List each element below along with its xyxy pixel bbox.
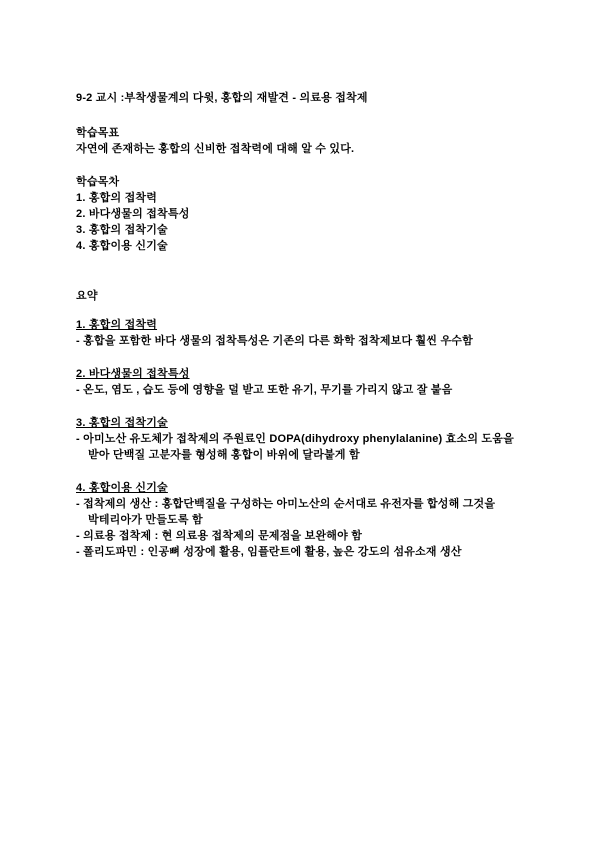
document-content: 9-2 교시 :부착생물계의 다윗, 홍합의 재발견 - 의료용 접착제 학습목…	[76, 90, 539, 560]
summary-section-4-heading: 4. 홍합이용 신기술	[76, 480, 539, 496]
toc-item: 2. 바다생물의 접착특성	[76, 206, 539, 222]
summary-section-2: 2. 바다생물의 접착특성 - 온도, 염도 , 습도 등에 영향을 덜 받고 …	[76, 366, 539, 398]
summary-section-3-line: - 아미노산 유도체가 접착제의 주원료인 DOPA(dihydroxy phe…	[76, 431, 539, 447]
summary-section-3-heading: 3. 홍합의 접착기술	[76, 415, 539, 431]
table-of-contents-heading: 학습목차	[76, 174, 539, 190]
learning-goal-section: 학습목표 자연에 존재하는 홍합의 신비한 접착력에 대해 알 수 있다.	[76, 125, 539, 157]
toc-item: 3. 홍합의 접착기술	[76, 222, 539, 238]
summary-section-3: 3. 홍합의 접착기술 - 아미노산 유도체가 접착제의 주원료인 DOPA(d…	[76, 415, 539, 463]
summary-section-4-line: - 폴리도파민 : 인공뼈 성장에 활용, 임플란트에 활용, 높은 강도의 섬…	[76, 544, 539, 560]
summary-section-4-line: - 접착제의 생산 : 홍합단백질을 구성하는 아미노산의 순서대로 유전자를 …	[76, 496, 539, 512]
document-page: 9-2 교시 :부착생물계의 다윗, 홍합의 재발견 - 의료용 접착제 학습목…	[0, 0, 595, 841]
toc-item: 1. 홍합의 접착력	[76, 190, 539, 206]
summary-section-2-line: - 온도, 염도 , 습도 등에 영향을 덜 받고 또한 유기, 무기를 가리지…	[76, 382, 539, 398]
summary-section-1: 1. 홍합의 접착력 - 홍합을 포함한 바다 생물의 접착특성은 기존의 다른…	[76, 317, 539, 349]
summary-section-4-line-continuation: 박테리아가 만들도록 함	[76, 512, 539, 528]
summary-section-2-heading: 2. 바다생물의 접착특성	[76, 366, 539, 382]
summary-section-1-heading: 1. 홍합의 접착력	[76, 317, 539, 333]
summary-section-4-line: - 의료용 접착제 : 현 의료용 접착제의 문제점을 보완해야 함	[76, 528, 539, 544]
summary-section-1-line: - 홍합을 포함한 바다 생물의 접착특성은 기존의 다른 화학 접착제보다 훨…	[76, 333, 539, 349]
summary-section-4: 4. 홍합이용 신기술 - 접착제의 생산 : 홍합단백질을 구성하는 아미노산…	[76, 480, 539, 560]
learning-goal-heading: 학습목표	[76, 125, 539, 141]
document-title: 9-2 교시 :부착생물계의 다윗, 홍합의 재발견 - 의료용 접착제	[76, 90, 539, 106]
summary-section-3-line-continuation: 받아 단백질 고분자를 형성해 홍합이 바위에 달라붙게 함	[76, 447, 539, 463]
toc-item: 4. 홍합이용 신기술	[76, 238, 539, 254]
summary-heading: 요약	[76, 288, 539, 304]
table-of-contents-section: 학습목차 1. 홍합의 접착력 2. 바다생물의 접착특성 3. 홍합의 접착기…	[76, 174, 539, 254]
learning-goal-body: 자연에 존재하는 홍합의 신비한 접착력에 대해 알 수 있다.	[76, 141, 539, 157]
